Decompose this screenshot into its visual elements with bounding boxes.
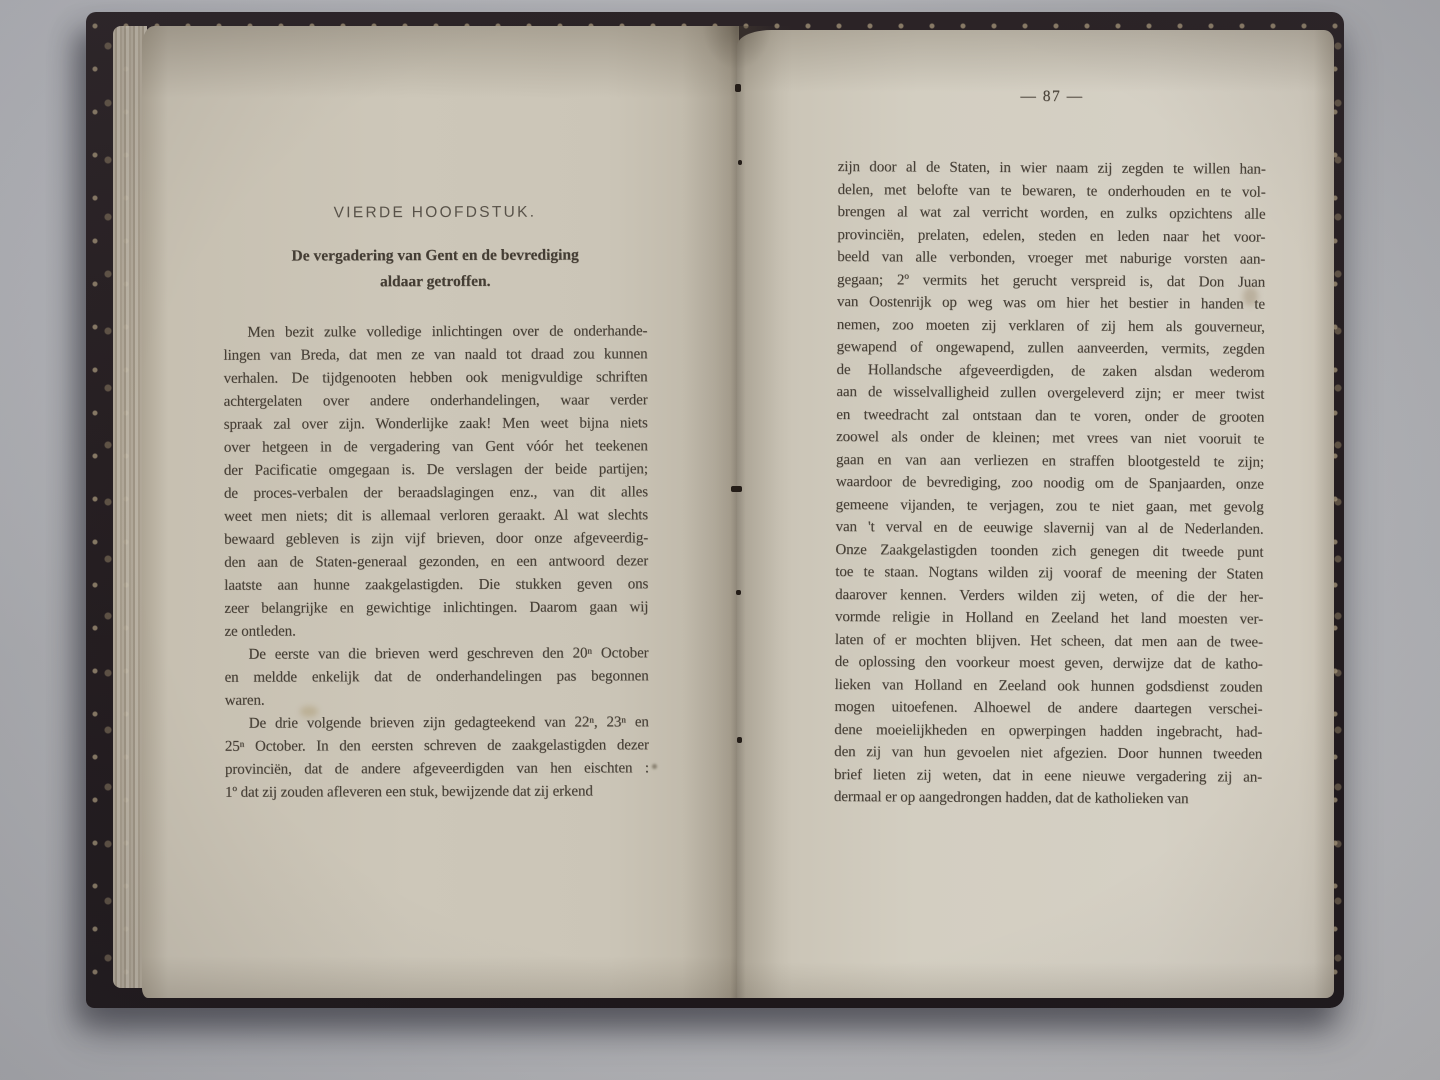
text-line: gaan en van aan verliezen en straffen bl…	[836, 448, 1264, 473]
text-line: spraak zal over zijn. Wonderlijke zaak! …	[224, 412, 648, 436]
text-line: gegaan; 2º vermits het gerucht verspreid…	[837, 268, 1265, 293]
text-line: van Oostenrijk op weg was om hier het be…	[837, 291, 1265, 316]
left-page-body: Men bezit zulke volledige inlichtingen o…	[223, 320, 649, 804]
text-line: 1º dat zij zouden afleveren een stuk, be…	[225, 780, 649, 804]
text-line: gewapend of ongewapend, zullen aanveerde…	[837, 336, 1265, 361]
text-line: bewaard gebleven is zijn vijf brieven, d…	[224, 527, 648, 551]
text-line: der Pacificatie omgegaan is. De verslage…	[224, 458, 648, 482]
paragraph: zijn door al de Staten, in wier naam zij…	[834, 156, 1266, 811]
text-line: vormde religie in Holland en Zeeland het…	[835, 606, 1263, 631]
chapter-subtitle: De vergadering van Gent en de bevredigin…	[223, 242, 647, 295]
right-page-body: zijn door al de Staten, in wier naam zij…	[834, 156, 1266, 811]
book-photo: VIERDE HOOFDSTUK. De vergadering van Gen…	[0, 0, 1440, 1080]
text-line: provinciën, dat de andere afgeveerdigden…	[225, 757, 649, 781]
text-line: van 't verval en de eeuwige slavernij va…	[836, 516, 1264, 541]
text-line: de proces-verbalen der beraadslagingen e…	[224, 481, 648, 505]
text-line: daarover kennen. Verders wilden zij wete…	[835, 583, 1263, 608]
text-line: toe te staan. Nogtans wilden zij vooraf …	[835, 561, 1263, 586]
text-line: aan de wisselvalligheid zullen overgelev…	[836, 381, 1264, 406]
text-line: en meldde enkelijk dat de onderhandeling…	[225, 665, 649, 689]
text-line: De drie volgende brieven zijn gedagteeke…	[225, 711, 649, 735]
text-line: en tweedracht zal ontstaan dan te voren,…	[836, 403, 1264, 428]
text-line: de oplossing den voorkeur moest geven, d…	[835, 651, 1263, 676]
text-line: Onze Zaakgelastigden toonden zich genege…	[835, 538, 1263, 563]
stitch-hole	[735, 84, 741, 92]
right-page-text: zijn door al de Staten, in wier naam zij…	[834, 130, 1266, 811]
text-line: De eerste van die brieven werd geschreve…	[224, 642, 648, 666]
text-line: waardoor de bevrediging, zoo noodig om d…	[836, 471, 1264, 496]
text-line: den aan de Staten-generaal gezonden, en …	[224, 550, 648, 574]
text-line: provinciën, prelaten, edelen, steden en …	[837, 223, 1265, 248]
stitch-hole	[738, 160, 742, 165]
paragraph: De drie volgende brieven zijn gedagteeke…	[225, 711, 649, 804]
text-line: zijn door al de Staten, in wier naam zij…	[838, 156, 1266, 181]
text-line: 25ⁿ October. In den eersten schreven de …	[225, 734, 649, 758]
text-line: brengen al wat zal verricht worden, en z…	[837, 201, 1265, 226]
text-line: nemen, zoo moeten zij verklaren of zij h…	[837, 313, 1265, 338]
page-number: — 87 —	[838, 88, 1266, 106]
text-line: brief lieten zij weten, dat in eene nieu…	[834, 763, 1262, 788]
text-line: waren.	[225, 688, 649, 712]
text-line: den zij van hun gevoelen niet afgezien. …	[834, 741, 1262, 766]
text-line: laten of er mochten blijven. Het scheen,…	[835, 628, 1263, 653]
text-line: ze ontleden.	[224, 619, 648, 643]
chapter-subtitle-line: De vergadering van Gent en de bevredigin…	[223, 242, 647, 269]
text-line: over hetgeen in de vergadering van Gent …	[224, 435, 648, 459]
text-line: mogen uitoefenen. Alhoewel de andere daa…	[834, 696, 1262, 721]
stitch-hole	[737, 737, 742, 743]
stitch-hole	[731, 486, 742, 492]
paragraph: De eerste van die brieven werd geschreve…	[224, 642, 648, 712]
text-line: beeld van alle verbonden, vroeger met na…	[837, 246, 1265, 271]
text-line: achtergelaten over andere onderhandeling…	[224, 389, 648, 413]
text-line: laatste aan hunne zaakgelastigden. Die s…	[224, 573, 648, 597]
text-line: lingen van Breda, dat men ze van naald t…	[223, 343, 647, 367]
paragraph: Men bezit zulke volledige inlichtingen o…	[223, 320, 648, 643]
text-line: zoowel als onder de kleinen; met vrees v…	[836, 426, 1264, 451]
left-page-text: VIERDE HOOFDSTUK. De vergadering van Gen…	[223, 202, 649, 804]
text-line: lieken van Holland en Zeeland ook hunnen…	[835, 673, 1263, 698]
text-line: delen, met belofte van te bewaren, te on…	[838, 178, 1266, 203]
text-line: dene moeielijkheden en opwerpingen hadde…	[834, 718, 1262, 743]
text-line: weet men niets; dit is allemaal verloren…	[224, 504, 648, 528]
text-line: zeer belangrijke en gewichtige inlichtin…	[224, 596, 648, 620]
stitch-hole	[736, 590, 741, 595]
text-line: de Hollandsche afgeveerdigden, de zaken …	[836, 358, 1264, 383]
chapter-subtitle-line: aldaar getroffen.	[223, 268, 647, 295]
chapter-heading: VIERDE HOOFDSTUK.	[223, 202, 647, 223]
text-line: dermaal er op aangedrongen hadden, dat d…	[834, 786, 1262, 811]
text-line: verhalen. De tijdgenooten hebben ook men…	[224, 366, 648, 390]
fox-spot	[652, 764, 657, 769]
text-line: Men bezit zulke volledige inlichtingen o…	[223, 320, 647, 344]
text-line: gemeene vijanden, te verjagen, zou te ni…	[836, 493, 1264, 518]
